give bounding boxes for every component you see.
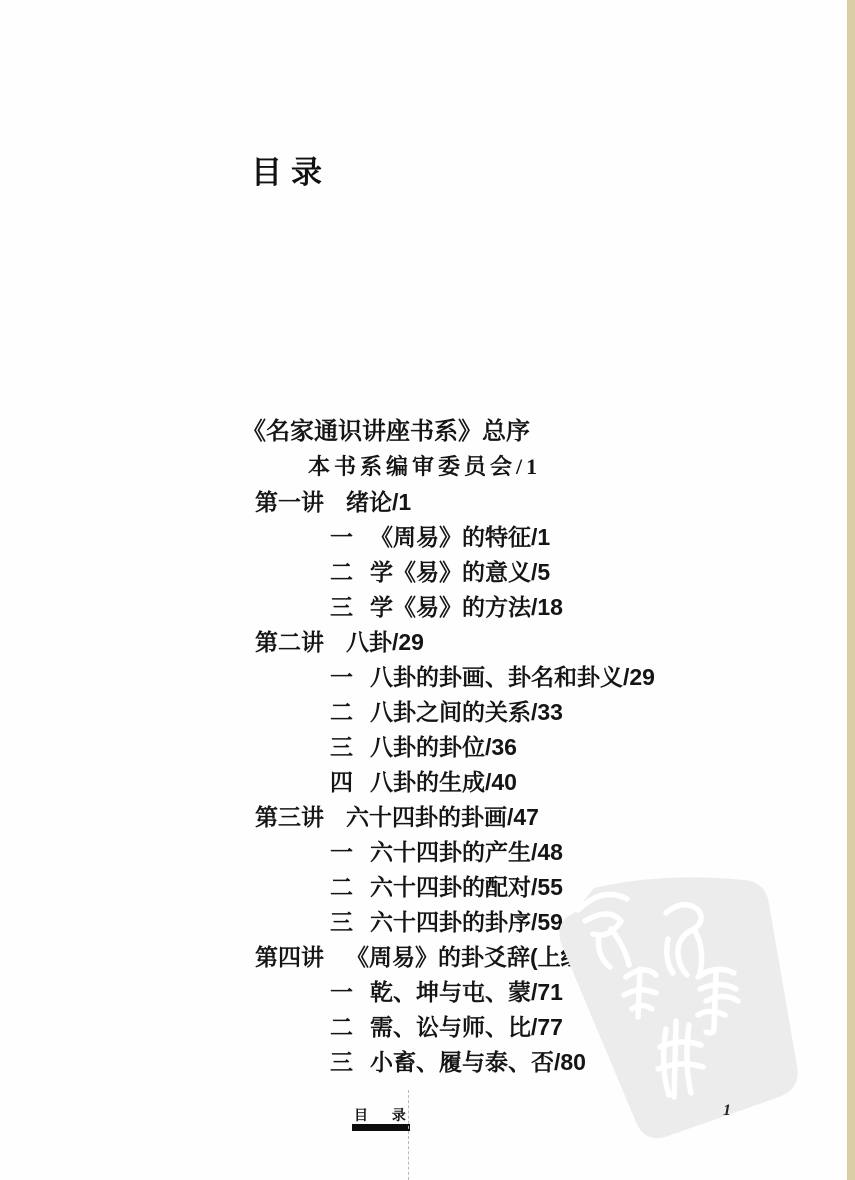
toc-entry: 第四讲《周易》的卦爻辞(上经上)/71 [0, 942, 855, 977]
entry-title: 学《易》的方法/18 [370, 594, 563, 620]
toc-entry: 二八卦之间的关系/33 [0, 697, 855, 732]
entry-label: 三 [330, 909, 353, 935]
toc-entry: 第二讲八卦/29 [0, 627, 855, 662]
footer-page-number: 1 [723, 1102, 731, 1120]
table-of-contents: 《名家通识讲座书系》总序本书系编审委员会/1第一讲绪论/1一《周易》的特征/1二… [0, 417, 855, 1082]
entry-title: 小畜、履与泰、否/80 [370, 1049, 586, 1075]
entry-label: 第四讲 [255, 944, 324, 970]
entry-title: 《周易》的卦爻辞(上经上)/71 [346, 944, 646, 970]
entry-label: 一 [330, 979, 353, 1005]
entry-title: 六十四卦的卦画/47 [346, 804, 539, 830]
entry-label: 二 [330, 559, 353, 585]
toc-entry: 《名家通识讲座书系》总序 [0, 417, 855, 452]
entry-title: 《周易》的特征/1 [370, 524, 550, 550]
footer-running-title: 目 录 [354, 1105, 416, 1125]
entry-label: 第一讲 [255, 489, 324, 515]
entry-label: 第二讲 [255, 629, 324, 655]
footer-underline-bar [352, 1124, 410, 1131]
entry-title: 八卦/29 [346, 629, 424, 655]
entry-title: 六十四卦的卦序/59 [370, 909, 563, 935]
entry-title: 六十四卦的产生/48 [370, 839, 563, 865]
toc-entry: 三学《易》的方法/18 [0, 592, 855, 627]
toc-entry: 一六十四卦的产生/48 [0, 837, 855, 872]
entry-label: 一 [330, 664, 353, 690]
toc-entry: 三小畜、履与泰、否/80 [0, 1047, 855, 1082]
toc-entry: 二六十四卦的配对/55 [0, 872, 855, 907]
toc-entry: 本书系编审委员会/1 [0, 452, 855, 487]
entry-title: 学《易》的意义/5 [370, 559, 550, 585]
entry-title: 乾、坤与屯、蒙/71 [370, 979, 563, 1005]
toc-entry: 第一讲绪论/1 [0, 487, 855, 522]
scan-fold-line [408, 1090, 409, 1180]
entry-title: 八卦的卦画、卦名和卦义/29 [370, 664, 655, 690]
toc-entry: 三八卦的卦位/36 [0, 732, 855, 767]
toc-entry: 第三讲六十四卦的卦画/47 [0, 802, 855, 837]
entry-label: 四 [330, 769, 353, 795]
toc-entry: 二需、讼与师、比/77 [0, 1012, 855, 1047]
entry-label: 三 [330, 734, 353, 760]
entry-title: 六十四卦的配对/55 [370, 874, 563, 900]
toc-entry: 一《周易》的特征/1 [0, 522, 855, 557]
entry-label: 二 [330, 874, 353, 900]
entry-title: 本书系编审委员会/1 [308, 454, 541, 479]
entry-label: 二 [330, 699, 353, 725]
toc-entry: 四八卦的生成/40 [0, 767, 855, 802]
entry-label: 三 [330, 1049, 353, 1075]
entry-title: 需、讼与师、比/77 [370, 1014, 563, 1040]
scanned-book-page: 目录 《名家通识讲座书系》总序本书系编审委员会/1第一讲绪论/1一《周易》的特征… [0, 0, 855, 1180]
entry-label: 一 [330, 524, 353, 550]
toc-entry: 一乾、坤与屯、蒙/71 [0, 977, 855, 1012]
entry-title: 八卦的卦位/36 [370, 734, 517, 760]
entry-label: 第三讲 [255, 804, 324, 830]
entry-title: 绪论/1 [346, 489, 411, 515]
entry-title: 《名家通识讲座书系》总序 [242, 418, 530, 445]
toc-entry: 二学《易》的意义/5 [0, 557, 855, 592]
entry-label: 二 [330, 1014, 353, 1040]
toc-entry: 一八卦的卦画、卦名和卦义/29 [0, 662, 855, 697]
entry-title: 八卦的生成/40 [370, 769, 517, 795]
toc-entry: 三六十四卦的卦序/59 [0, 907, 855, 942]
entry-label: 三 [330, 594, 353, 620]
entry-title: 八卦之间的关系/33 [370, 699, 563, 725]
page-title: 目录 [251, 147, 331, 192]
entry-label: 一 [330, 839, 353, 865]
